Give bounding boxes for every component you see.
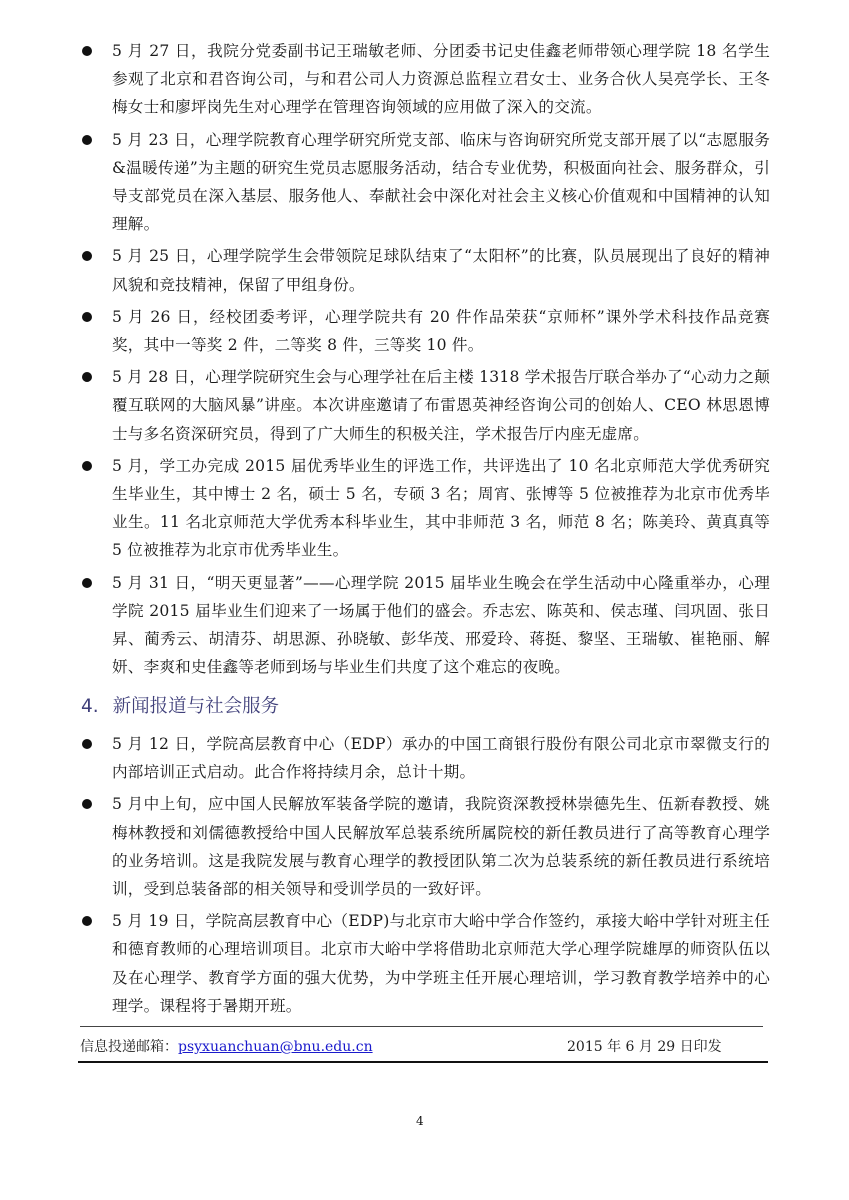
- section-title: 新闻报道与社会服务: [113, 692, 280, 722]
- list-item: 5 月 28 日，心理学院研究生会与心理学社在后主楼 1318 学术报告厅联合举…: [78, 363, 770, 448]
- bullet-icon: [82, 461, 92, 471]
- list-item: 5 月 26 日，经校团委考评，心理学院共有 20 件作品荣获“京师杯”课外学术…: [78, 303, 770, 359]
- bullet-icon: [82, 312, 92, 322]
- list-item-text: 5 月 27 日，我院分党委副书记王瑞敏老师、分团委书记史佳鑫老师带领心理学院 …: [112, 42, 770, 116]
- section-number: 4.: [81, 692, 99, 722]
- footer-divider-top: [80, 1026, 763, 1027]
- footer-contact: 信息投递邮箱：psyxuanchuan@bnu.edu.cn: [80, 1037, 373, 1057]
- list-item: 5 月中上旬，应中国人民解放军装备学院的邀请，我院资深教授林崇德先生、伍新春教授…: [78, 790, 770, 903]
- list-item: 5 月 23 日，心理学院教育心理学研究所党支部、临床与咨询研究所党支部开展了以…: [78, 126, 770, 239]
- news-list: 5 月 12 日，学院高层教育中心（EDP）承办的中国工商银行股份有限公司北京市…: [78, 730, 770, 1024]
- bullet-icon: [82, 372, 92, 382]
- bullet-icon: [82, 46, 92, 56]
- list-item: 5 月 19 日，学院高层教育中心（EDP)与北京市大峪中学合作签约，承接大峪中…: [78, 907, 770, 1020]
- list-item-text: 5 月 31 日，“明天更显著”——心理学院 2015 届毕业生晚会在学生活动中…: [112, 574, 770, 677]
- list-item-text: 5 月 25 日，心理学院学生会带领院足球队结束了“太阳杯”的比赛，队员展现出了…: [112, 247, 770, 293]
- email-link[interactable]: psyxuanchuan@bnu.edu.cn: [178, 1039, 373, 1055]
- email-label: 信息投递邮箱：: [80, 1039, 178, 1055]
- bullet-icon: [82, 916, 92, 926]
- list-item-text: 5 月 23 日，心理学院教育心理学研究所党支部、临床与咨询研究所党支部开展了以…: [112, 131, 770, 234]
- list-item-text: 5 月中上旬，应中国人民解放军装备学院的邀请，我院资深教授林崇德先生、伍新春教授…: [112, 795, 770, 898]
- list-item-text: 5 月 26 日，经校团委考评，心理学院共有 20 件作品荣获“京师杯”课外学术…: [112, 308, 770, 354]
- page-number: 4: [416, 1113, 424, 1129]
- bullet-icon: [82, 739, 92, 749]
- activities-list: 5 月 27 日，我院分党委副书记王瑞敏老师、分团委书记史佳鑫老师带领心理学院 …: [78, 37, 770, 685]
- list-item: 5 月 27 日，我院分党委副书记王瑞敏老师、分团委书记史佳鑫老师带领心理学院 …: [78, 37, 770, 122]
- issue-date: 2015 年 6 月 29 日印发: [567, 1037, 722, 1057]
- section-heading: 4. 新闻报道与社会服务: [81, 692, 279, 722]
- bullet-icon: [82, 578, 92, 588]
- list-item: 5 月，学工办完成 2015 届优秀毕业生的评选工作，共评选出了 10 名北京师…: [78, 452, 770, 565]
- footer-divider-bottom: [78, 1061, 768, 1063]
- list-item-text: 5 月 19 日，学院高层教育中心（EDP)与北京市大峪中学合作签约，承接大峪中…: [112, 912, 770, 1015]
- bullet-icon: [82, 135, 92, 145]
- list-item-text: 5 月 28 日，心理学院研究生会与心理学社在后主楼 1318 学术报告厅联合举…: [112, 368, 770, 442]
- bullet-icon: [82, 799, 92, 809]
- document-page: 5 月 27 日，我院分党委副书记王瑞敏老师、分团委书记史佳鑫老师带领心理学院 …: [0, 0, 849, 1200]
- list-item: 5 月 25 日，心理学院学生会带领院足球队结束了“太阳杯”的比赛，队员展现出了…: [78, 242, 770, 298]
- list-item-text: 5 月，学工办完成 2015 届优秀毕业生的评选工作，共评选出了 10 名北京师…: [112, 457, 770, 560]
- list-item-text: 5 月 12 日，学院高层教育中心（EDP）承办的中国工商银行股份有限公司北京市…: [112, 735, 770, 781]
- list-item: 5 月 12 日，学院高层教育中心（EDP）承办的中国工商银行股份有限公司北京市…: [78, 730, 770, 786]
- list-item: 5 月 31 日，“明天更显著”——心理学院 2015 届毕业生晚会在学生活动中…: [78, 569, 770, 682]
- bullet-icon: [82, 251, 92, 261]
